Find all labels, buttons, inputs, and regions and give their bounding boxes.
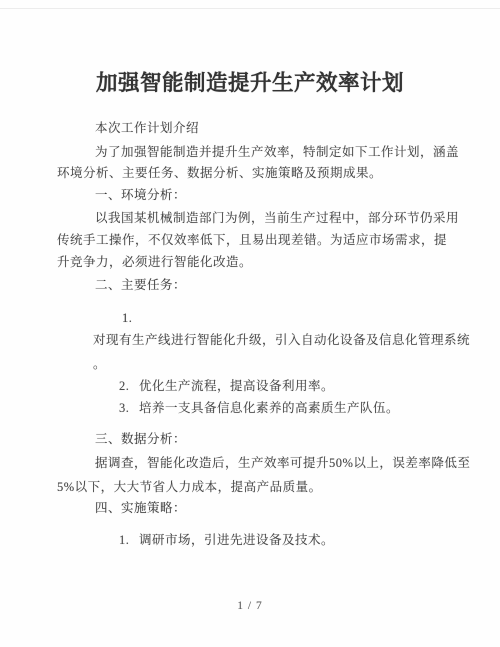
list-item-text-tail: 。 [93, 355, 106, 373]
section3-paragraph-line: 据调查，智能化改造后，生产效率可提升50%以上，误差率降低至 [95, 454, 470, 472]
page-top-edge-line [0, 8, 500, 9]
document-title: 加强智能制造提升生产效率计划 [0, 66, 500, 97]
section-heading-implementation-strategy: 四、实施策略： [95, 499, 186, 517]
list-item-number: 1. [119, 531, 139, 549]
section-heading-environment-analysis: 一、环境分析： [95, 186, 186, 204]
list-item-number: 1. [122, 309, 132, 327]
list-item-text: 优化生产流程，提高设备利用率。 [139, 377, 334, 395]
list-item-text: 对现有生产线进行智能化升级，引入自动化设备及信息化管理系统 [93, 331, 470, 349]
intro-paragraph-line: 为了加强智能制造并提升生产效率，特制定如下工作计划，涵盖 [95, 143, 459, 161]
section1-paragraph-line: 升竞争力，必须进行智能化改造。 [57, 253, 252, 271]
section3-paragraph-line: 5%以下，大大节省人力成本，提高产品质量。 [57, 478, 322, 496]
section1-paragraph-line: 以我国某机械制造部门为例，当前生产过程中，部分环节仍采用 [95, 209, 459, 227]
list-item: 1. 调研市场，引进先进设备及技术。 [119, 531, 334, 549]
list-item: 2. 优化生产流程，提高设备利用率。 [119, 377, 334, 395]
intro-heading: 本次工作计划介绍 [95, 119, 199, 137]
section1-paragraph-line: 传统手工操作，不仅效率低下，且易出现差错。为适应市场需求，提 [57, 231, 447, 249]
list-item-number: 2. [119, 377, 139, 395]
list-item-text: 培养一支具备信息化素养的高素质生产队伍。 [139, 399, 399, 417]
list-item-number: 3. [119, 399, 139, 417]
list-item: 3. 培养一支具备信息化素养的高素质生产队伍。 [119, 399, 399, 417]
page-number: 1 / 7 [0, 600, 500, 612]
document-page: 加强智能制造提升生产效率计划 本次工作计划介绍 为了加强智能制造并提升生产效率，… [0, 0, 500, 647]
section-heading-data-analysis: 三、数据分析： [95, 430, 186, 448]
section-heading-main-tasks: 二、主要任务： [95, 276, 186, 294]
intro-paragraph-line: 环境分析、主要任务、数据分析、实施策略及预期成果。 [57, 164, 382, 182]
list-item-text: 调研市场，引进先进设备及技术。 [139, 531, 334, 549]
